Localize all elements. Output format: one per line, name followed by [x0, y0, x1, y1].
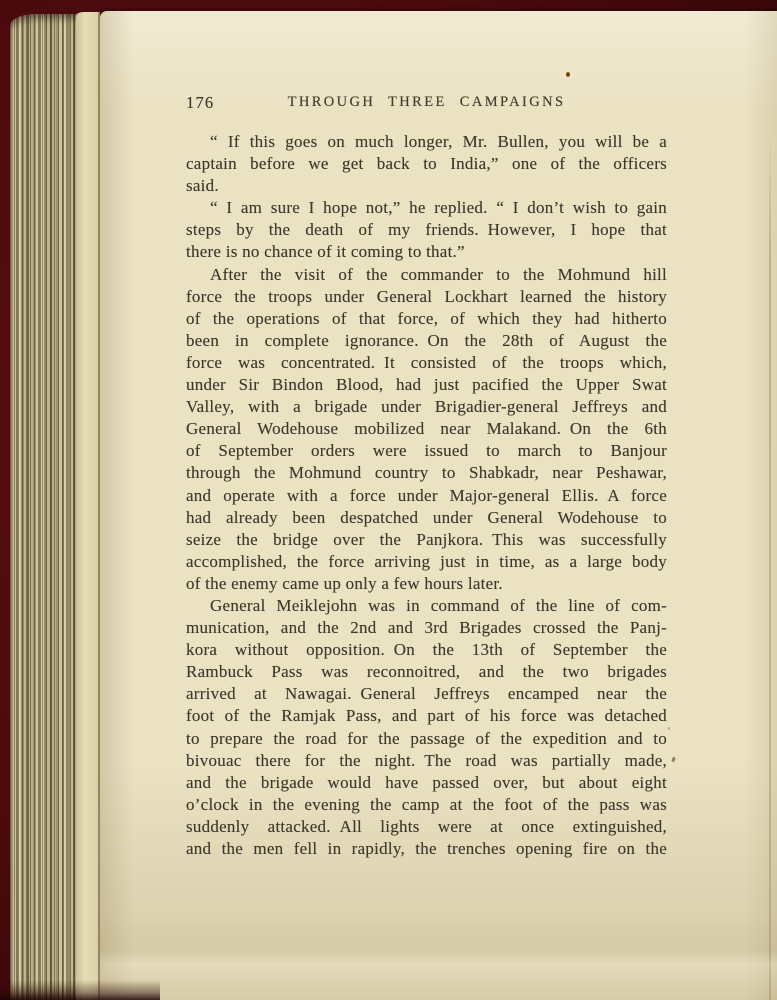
text-line: through the Mohmund country to Shabkadr,… [186, 462, 667, 484]
paper-speck [566, 72, 570, 77]
text-line: said. [186, 175, 667, 197]
text-line: of September orders were issued to march… [186, 440, 667, 462]
text-line: seize the bridge over the Panjkora. This… [186, 529, 667, 551]
paper-speck [671, 757, 676, 763]
text-line: foot of the Ramjak Pass, and part of his… [186, 705, 667, 727]
text-line: and the brigade would have passed over, … [186, 772, 667, 794]
previous-page-edge [76, 12, 100, 1000]
text-line: and operate with a force under Major-gen… [186, 485, 667, 507]
running-header: THROUGH THREE CAMPAIGNS [186, 91, 667, 111]
page-fore-edge [769, 131, 771, 1000]
text-line: been in complete ignorance. On the 28th … [186, 330, 667, 352]
text-line: arrived at Nawagai. General Jeffreys enc… [186, 683, 667, 705]
text-line: kora without opposition. On the 13th of … [186, 639, 667, 661]
text-line: Rambuck Pass was reconnoitred, and the t… [186, 661, 667, 683]
page-header: 176 THROUGH THREE CAMPAIGNS [186, 91, 667, 115]
text-line: o’clock in the evening the camp at the f… [186, 794, 667, 816]
text-line: “ If this goes on much longer, Mr. Bulle… [186, 131, 667, 153]
text-line: to prepare the road for the passage of t… [186, 728, 667, 750]
text-line: of the operations of that force, of whic… [186, 308, 667, 330]
text-line: force was concentrated. It consisted of … [186, 352, 667, 374]
text-line: General Meiklejohn was in command of the… [186, 595, 667, 617]
text-line: of the enemy came up only a few hours la… [186, 573, 667, 595]
text-line: Valley, with a brigade under Brigadier-g… [186, 396, 667, 418]
text-line: After the visit of the commander to the … [186, 264, 667, 286]
page-text: “ If this goes on much longer, Mr. Bulle… [186, 131, 667, 860]
book-photo-background: 176 THROUGH THREE CAMPAIGNS “ If this go… [0, 0, 777, 1000]
text-line: there is no chance of it coming to that.… [186, 241, 667, 263]
page-edges-stack [10, 14, 76, 1000]
bottom-shadow [0, 980, 160, 1000]
page-bottom-curl [100, 920, 777, 1000]
text-line: steps by the death of my friends. Howeve… [186, 219, 667, 241]
text-line: accomplished, the force arriving just in… [186, 551, 667, 573]
text-line: had already been despatched under Genera… [186, 507, 667, 529]
text-line: munication, and the 2nd and 3rd Brigades… [186, 617, 667, 639]
text-line: bivouac there for the night. The road wa… [186, 750, 667, 772]
text-line: suddenly attacked. All lights were at on… [186, 816, 667, 838]
text-line: under Sir Bindon Blood, had just pacifie… [186, 374, 667, 396]
page-number: 176 [186, 93, 214, 113]
text-line: force the troops under General Lockhart … [186, 286, 667, 308]
text-line: captain before we get back to India,” on… [186, 153, 667, 175]
book-page: 176 THROUGH THREE CAMPAIGNS “ If this go… [100, 11, 777, 1000]
text-line: General Wodehouse mobilized near Malakan… [186, 418, 667, 440]
paper-speck [668, 727, 670, 730]
text-line: and the men fell in rapidly, the trenche… [186, 838, 667, 860]
text-line: “ I am sure I hope not,” he replied. “ I… [186, 197, 667, 219]
